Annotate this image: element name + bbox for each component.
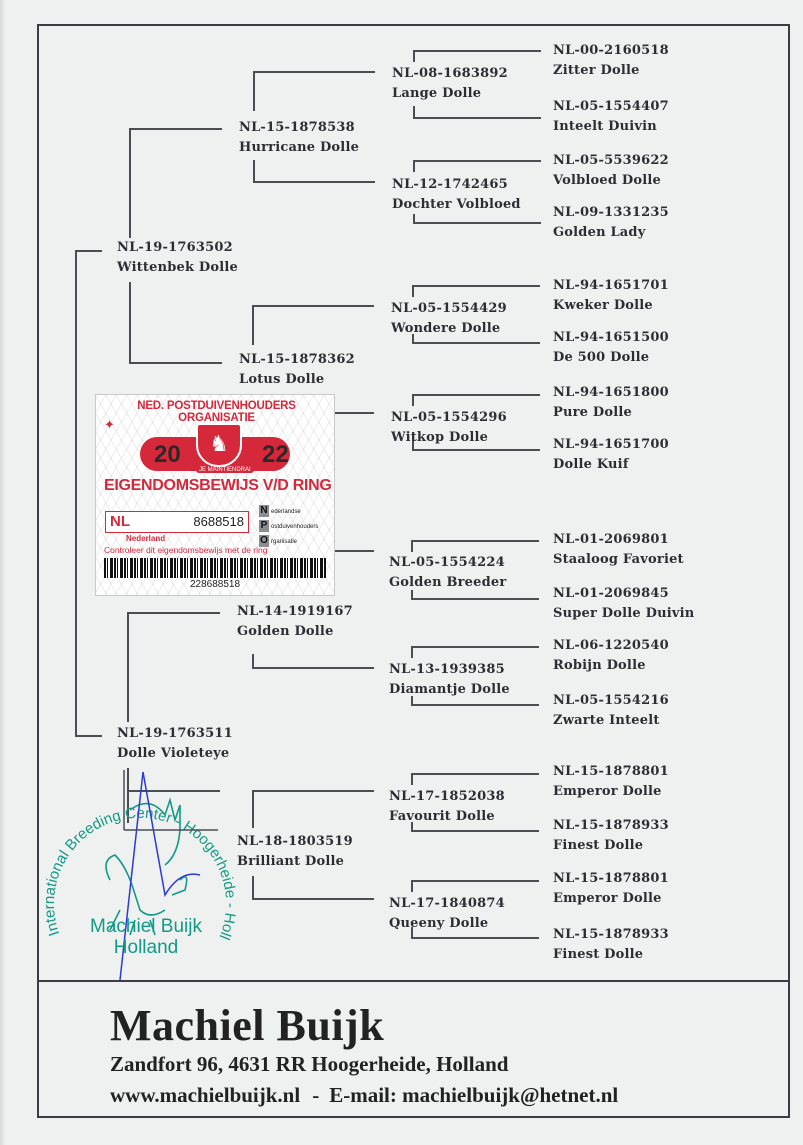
card-check-text: Controleer dit eigendomsbewijs met de ri…	[104, 545, 267, 555]
pigeon-name: Zitter Dolle	[553, 61, 669, 81]
pigeon-name: Brilliant Dolle	[237, 852, 353, 872]
contact-separator: -	[312, 1083, 319, 1107]
pedigree-great-grandparent: NL-05-1554429 Wondere Dolle	[391, 299, 507, 339]
pedigree-great-grandparent: NL-08-1683892 Lange Dolle	[392, 64, 508, 104]
ring-number: NL-05-1554407	[553, 97, 669, 117]
pedigree-great-grandparent: NL-12-1742465 Dochter Volbloed	[392, 175, 521, 215]
ring-number: NL-01-2069801	[553, 530, 684, 550]
npo-word: ostduivenhouders	[271, 524, 318, 530]
ring-number: NL-19-1763511	[117, 724, 233, 744]
pigeon-name: De 500 Dolle	[553, 348, 669, 368]
dove-icon: ✦	[104, 417, 115, 433]
card-country-code: NL	[110, 512, 130, 532]
breeder-address: Zandfort 96, 4631 RR Hoogerheide, Hollan…	[110, 1052, 508, 1077]
pigeon-name: Robijn Dolle	[553, 656, 669, 676]
ring-ownership-card: NED. POSTDUIVENHOUDERS ORGANISATIE ✦ ♞ 2…	[95, 394, 335, 596]
pigeon-name: Emperor Dolle	[553, 889, 669, 909]
pedigree-ancestor: NL-15-1878801Emperor Dolle	[553, 869, 669, 909]
pedigree-great-grandparent: NL-13-1939385 Diamantje Dolle	[389, 660, 510, 700]
pigeon-name: Lotus Dolle	[239, 370, 355, 390]
npo-letter: P	[259, 520, 269, 532]
ring-number: NL-17-1852038	[389, 787, 505, 807]
ring-number: NL-05-1554224	[389, 553, 506, 573]
pedigree-ancestor: NL-05-1554407Inteelt Duivin	[553, 97, 669, 137]
pedigree-ancestor: NL-94-1651700Dolle Kuif	[553, 435, 669, 475]
pedigree-grandparent: NL-14-1919167 Golden Dolle	[237, 602, 353, 642]
ring-number: NL-15-1878362	[239, 350, 355, 370]
pigeon-name: Favourit Dolle	[389, 807, 505, 827]
pedigree-ancestor: NL-15-1878801Emperor Dolle	[553, 762, 669, 802]
scan-edge	[0, 0, 6, 1145]
barcode-number: 228688518	[96, 579, 334, 590]
pigeon-name: Diamantje Dolle	[389, 680, 510, 700]
stamp-center-text: Machiel Buijk Holland	[86, 916, 206, 958]
pedigree-ancestor: NL-00-2160518Zitter Dolle	[553, 41, 669, 81]
lion-shield-icon: ♞	[196, 423, 242, 467]
ring-number: NL-13-1939385	[389, 660, 510, 680]
ring-number: NL-94-1651700	[553, 435, 669, 455]
npo-letter: N	[259, 505, 269, 517]
ring-number: NL-15-1878538	[239, 118, 359, 138]
pedigree-ancestor: NL-05-1554216Zwarte Inteelt	[553, 691, 669, 731]
card-year-left: 20	[154, 441, 181, 469]
ring-number: NL-14-1919167	[237, 602, 353, 622]
ring-number: NL-15-1878801	[553, 869, 669, 889]
pedigree-ancestor: NL-01-2069801Staaloog Favoriet	[553, 530, 684, 570]
card-organisation: NED. POSTDUIVENHOUDERS ORGANISATIE	[104, 400, 329, 424]
card-npo-logo: Nederlandse Postduivenhouders Organisati…	[259, 505, 318, 550]
ring-number: NL-05-1554296	[391, 408, 507, 428]
ring-number: NL-94-1651701	[553, 276, 669, 296]
footer-divider	[37, 980, 790, 982]
ring-number: NL-00-2160518	[553, 41, 669, 61]
pigeon-name: Lange Dolle	[392, 84, 508, 104]
card-motto: JE MAINTIENDRAI	[196, 467, 254, 473]
pigeon-name: Volbloed Dolle	[553, 171, 669, 191]
pigeon-name: Dochter Volbloed	[392, 195, 521, 215]
pedigree-ancestor: NL-06-1220540Robijn Dolle	[553, 636, 669, 676]
barcode	[104, 558, 326, 578]
pigeon-name: Golden Dolle	[237, 622, 353, 642]
pedigree-ancestor: NL-05-5539622Volbloed Dolle	[553, 151, 669, 191]
pedigree-ancestor: NL-09-1331235Golden Lady	[553, 203, 669, 243]
stamp-country-line: Holland	[86, 937, 206, 958]
pedigree-grandparent: NL-18-1803519 Brilliant Dolle	[237, 832, 353, 872]
pedigree-great-grandparent: NL-05-1554296 Witkop Dolle	[391, 408, 507, 448]
ring-number: NL-15-1878933	[553, 816, 669, 836]
pigeon-name: Golden Lady	[553, 223, 669, 243]
pigeon-name: Emperor Dolle	[553, 782, 669, 802]
pigeon-name: Golden Breeder	[389, 573, 506, 593]
pigeon-name: Staaloog Favoriet	[553, 550, 684, 570]
npo-word: rganisatie	[271, 539, 297, 545]
card-ring-box: NL 8688518	[105, 511, 249, 533]
pigeon-name: Wondere Dolle	[391, 319, 507, 339]
ring-number: NL-05-1554216	[553, 691, 669, 711]
pedigree-great-grandparent: NL-17-1852038 Favourit Dolle	[389, 787, 505, 827]
pedigree-great-grandparent: NL-05-1554224 Golden Breeder	[389, 553, 506, 593]
ring-number: NL-09-1331235	[553, 203, 669, 223]
pedigree-grandparent: NL-15-1878538 Hurricane Dolle	[239, 118, 359, 158]
pigeon-name: Pure Dolle	[553, 403, 669, 423]
ring-number: NL-05-1554429	[391, 299, 507, 319]
pigeon-name: Wittenbek Dolle	[117, 258, 238, 278]
stamp-name-line: Machiel Buijk	[86, 916, 206, 937]
ring-number: NL-18-1803519	[237, 832, 353, 852]
ring-number: NL-01-2069845	[553, 584, 694, 604]
npo-word: ederlandse	[271, 509, 301, 515]
ring-number: NL-94-1651800	[553, 383, 669, 403]
pedigree-ancestor: NL-94-1651701Kweker Dolle	[553, 276, 669, 316]
breeder-name: Machiel Buijk	[110, 1000, 384, 1051]
pigeon-name: Witkop Dolle	[391, 428, 507, 448]
ring-number: NL-17-1840874	[389, 894, 505, 914]
pigeon-name: Zwarte Inteelt	[553, 711, 669, 731]
card-year-right: 22	[262, 441, 289, 469]
pedigree-ancestor: NL-15-1878933Finest Dolle	[553, 925, 669, 965]
pedigree-ancestor: NL-94-1651500De 500 Dolle	[553, 328, 669, 368]
pedigree-great-grandparent: NL-17-1840874 Queeny Dolle	[389, 894, 505, 934]
pigeon-name: Finest Dolle	[553, 836, 669, 856]
ring-number: NL-06-1220540	[553, 636, 669, 656]
card-title: EIGENDOMSBEWIJS V/D RING	[104, 477, 332, 495]
pedigree-ancestor: NL-94-1651800Pure Dolle	[553, 383, 669, 423]
pigeon-name: Dolle Kuif	[553, 455, 669, 475]
ring-number: NL-05-5539622	[553, 151, 669, 171]
pedigree-grandparent: NL-15-1878362 Lotus Dolle	[239, 350, 355, 390]
card-country: Nederland	[126, 534, 165, 543]
pigeon-name: Hurricane Dolle	[239, 138, 359, 158]
card-ring-number: 8688518	[193, 512, 244, 532]
ring-number: NL-19-1763502	[117, 238, 238, 258]
pedigree-sire: NL-19-1763502 Wittenbek Dolle	[117, 238, 238, 278]
ring-number: NL-15-1878801	[553, 762, 669, 782]
pigeon-name: Kweker Dolle	[553, 296, 669, 316]
breeding-center-stamp: International Breeding Center - Hoogerhe…	[40, 770, 240, 980]
pedigree-ancestor: NL-01-2069845Super Dolle Duivin	[553, 584, 694, 624]
pigeon-name: Inteelt Duivin	[553, 117, 669, 137]
pigeon-name: Queeny Dolle	[389, 914, 505, 934]
ring-number: NL-12-1742465	[392, 175, 521, 195]
breeder-contact: www.machielbuijk.nl-E-mail: machielbuijk…	[110, 1083, 618, 1108]
ring-number: NL-08-1683892	[392, 64, 508, 84]
email-link[interactable]: E-mail: machielbuijk@hetnet.nl	[329, 1083, 618, 1107]
pedigree-ancestor: NL-15-1878933Finest Dolle	[553, 816, 669, 856]
pedigree-dam: NL-19-1763511 Dolle Violeteye	[117, 724, 233, 764]
ring-number: NL-94-1651500	[553, 328, 669, 348]
pigeon-name: Super Dolle Duivin	[553, 604, 694, 624]
ring-number: NL-15-1878933	[553, 925, 669, 945]
pigeon-name: Dolle Violeteye	[117, 744, 233, 764]
pigeon-name: Finest Dolle	[553, 945, 669, 965]
website-link[interactable]: www.machielbuijk.nl	[110, 1083, 300, 1107]
